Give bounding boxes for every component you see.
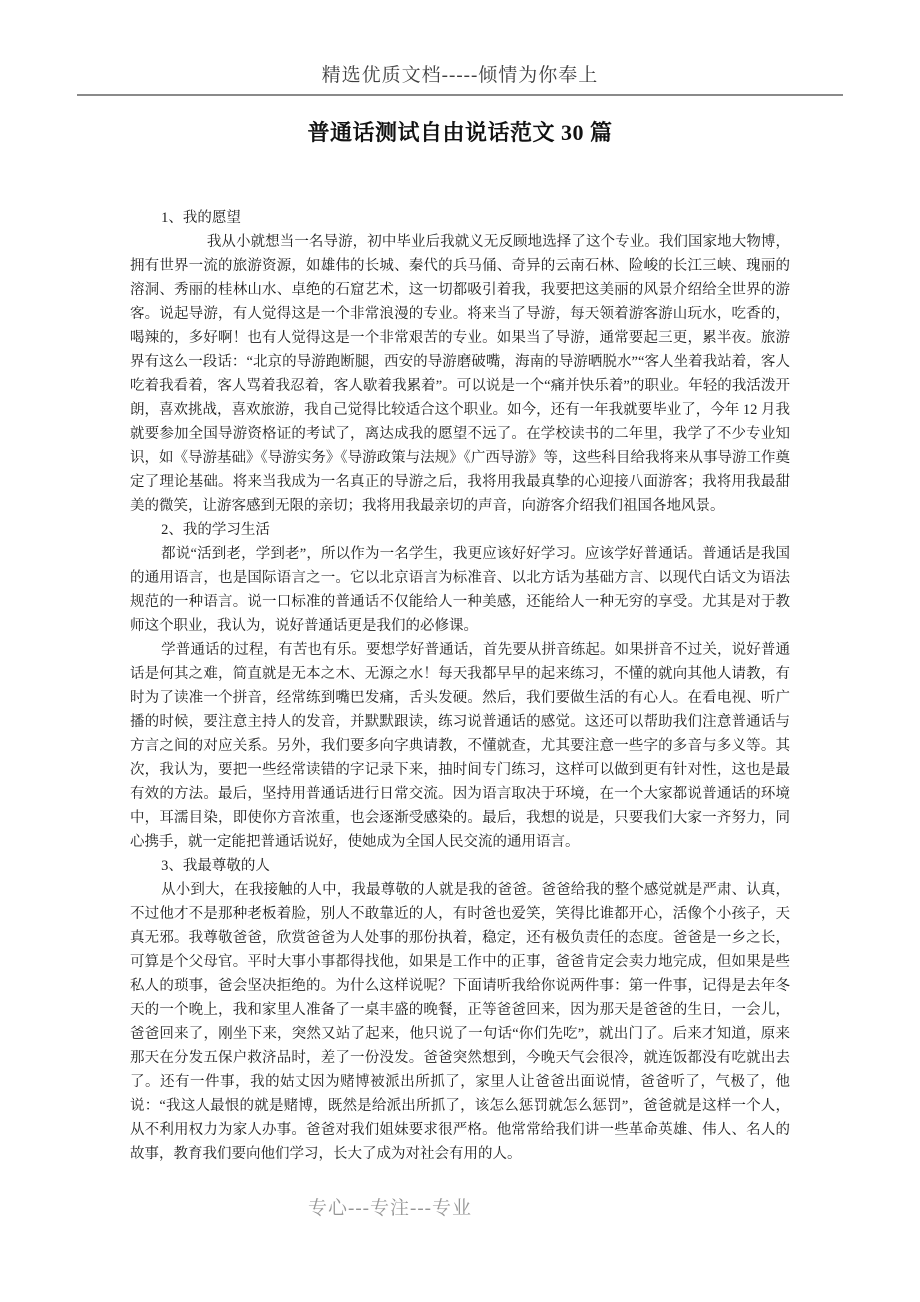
paragraph: 都说“活到老，学到老”，所以作为一名学生，我更应该好好学习。应该学好普通话。普通… bbox=[130, 542, 790, 638]
section-heading-2: 2、我的学习生活 bbox=[130, 518, 790, 542]
paragraph: 学普通话的过程，有苦也有乐。要想学好普通话，首先要从拼音练起。如果拼音不过关，说… bbox=[130, 638, 790, 854]
section-heading-3: 3、我最尊敬的人 bbox=[130, 854, 790, 878]
document-page: 精选优质文档-----倾情为你奉上 普通话测试自由说话范文 30 篇 1、我的愿… bbox=[0, 0, 920, 1302]
header-slogan: 精选优质文档-----倾情为你奉上 bbox=[322, 65, 599, 86]
paragraph: 从小到大，在我接触的人中，我最尊敬的人就是我的爸爸。爸爸给我的整个感觉就是严肃、… bbox=[130, 878, 790, 1166]
footer-slogan: 专心---专注---专业 bbox=[308, 1198, 472, 1219]
section-heading-1: 1、我的愿望 bbox=[130, 206, 790, 230]
document-title: 普通话测试自由说话范文 30 篇 bbox=[0, 116, 920, 147]
page-header: 精选优质文档-----倾情为你奉上 bbox=[0, 60, 920, 87]
paragraph: 我从小就想当一名导游，初中毕业后我就义无反顾地选择了这个专业。我们国家地大物博，… bbox=[130, 230, 790, 518]
document-body: 1、我的愿望我从小就想当一名导游，初中毕业后我就义无反顾地选择了这个专业。我们国… bbox=[130, 206, 790, 1166]
header-divider bbox=[77, 94, 843, 96]
page-footer: 专心---专注---专业 bbox=[230, 1193, 550, 1220]
